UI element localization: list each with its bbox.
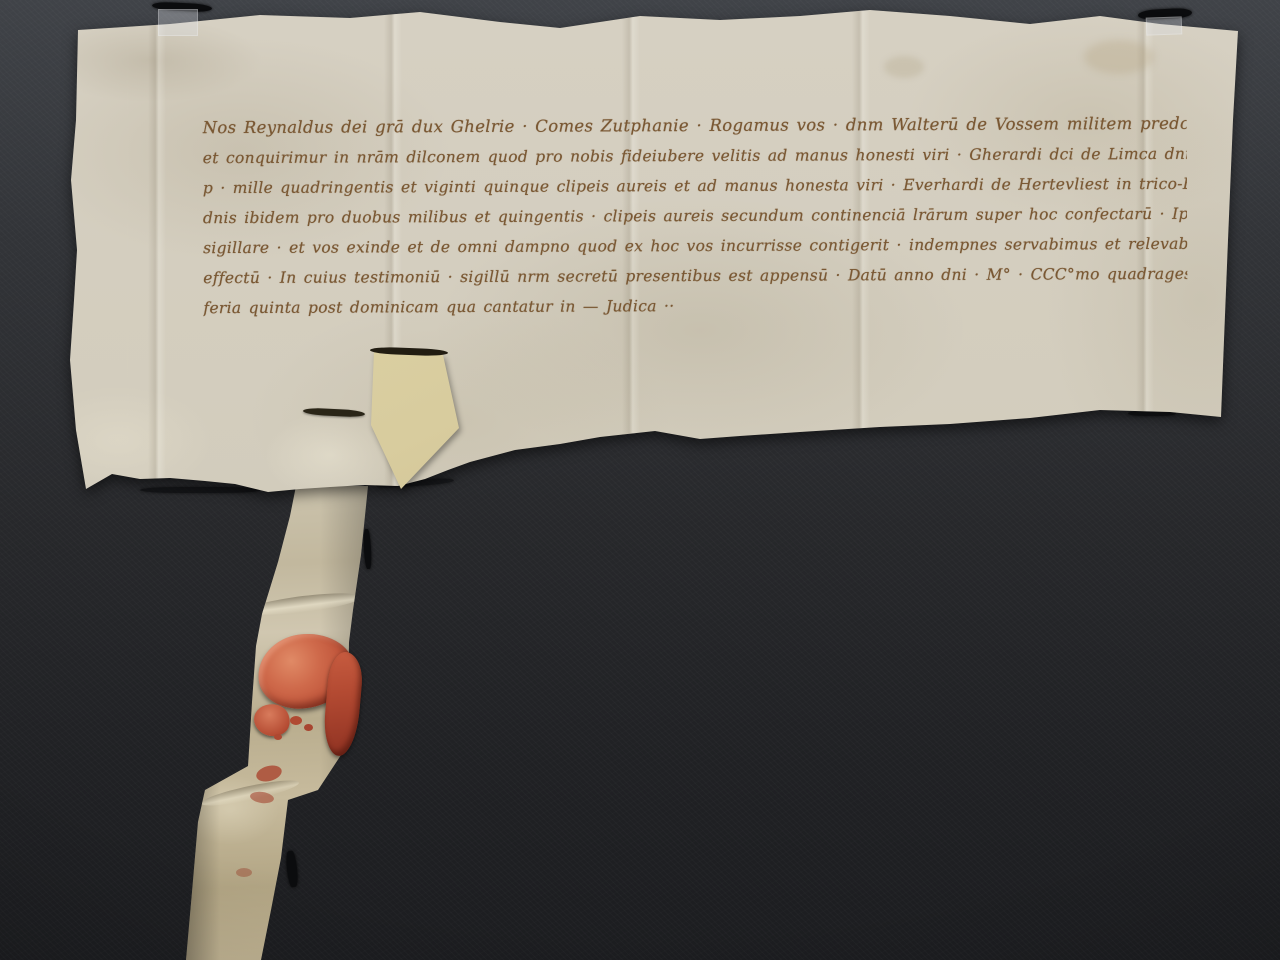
charter-photo: Nos Reynaldus dei grā dux Ghelrie · Come…: [0, 0, 1280, 960]
tape-top-right: [1146, 16, 1183, 35]
seal-tag-tongue: [0, 0, 1280, 960]
seal-tag-tongue-wrap: [0, 0, 1280, 960]
tape-top-left: [158, 9, 198, 36]
